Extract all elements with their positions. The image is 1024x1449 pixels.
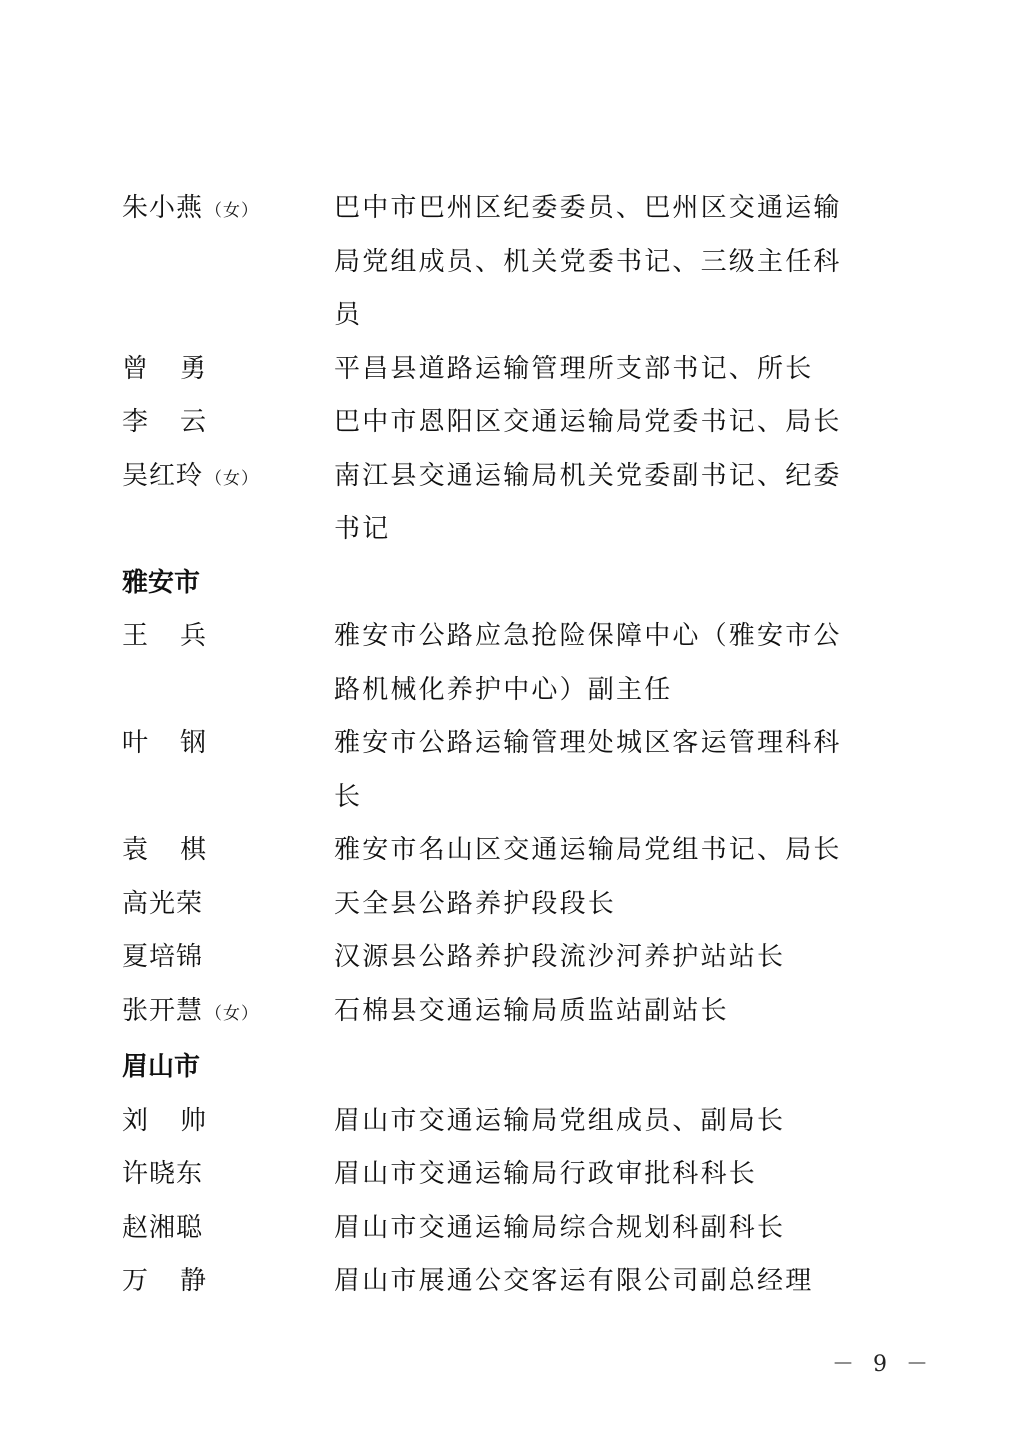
name-text: 张开慧 xyxy=(122,996,203,1026)
name-text: 静 xyxy=(180,1266,207,1296)
name-text: 勇 xyxy=(180,354,207,384)
name-text: 曾 xyxy=(122,354,149,384)
list-item: 夏培锦 汉源县公路养护段流沙河养护站站长 xyxy=(122,931,862,985)
name-text: 叶 xyxy=(122,728,149,758)
list-item: 李云 巴中市恩阳区交通运输局党委书记、局长 xyxy=(122,396,862,450)
person-title: 平昌县道路运输管理所支部书记、所长 xyxy=(334,343,862,397)
name-text: 王 xyxy=(122,621,149,651)
name-text: 棋 xyxy=(180,835,207,865)
list-item: 吴红玲（女） 南江县交通运输局机关党委副书记、纪委书记 xyxy=(122,450,862,557)
person-name: 曾勇 xyxy=(122,343,334,397)
document-page: 朱小燕（女） 巴中市巴州区纪委委员、巴州区交通运输局党组成员、机关党委书记、三级… xyxy=(0,0,1024,1449)
person-name: 吴红玲（女） xyxy=(122,450,334,507)
section-heading-meishan: 眉山市 xyxy=(122,1041,862,1095)
female-marker: （女） xyxy=(205,201,259,221)
person-name: 万静 xyxy=(122,1255,334,1309)
list-item: 曾勇 平昌县道路运输管理所支部书记、所长 xyxy=(122,343,862,397)
person-name: 刘帅 xyxy=(122,1095,334,1149)
name-text: 万 xyxy=(122,1266,149,1296)
list-item: 袁棋 雅安市名山区交通运输局党组书记、局长 xyxy=(122,824,862,878)
name-text: 刘 xyxy=(122,1106,149,1136)
person-title: 雅安市公路应急抢险保障中心（雅安市公路机械化养护中心）副主任 xyxy=(334,610,862,717)
list-item: 赵湘聪 眉山市交通运输局综合规划科副科长 xyxy=(122,1202,862,1256)
list-item: 张开慧（女） 石棉县交通运输局质监站副站长 xyxy=(122,985,862,1042)
list-item: 许晓东 眉山市交通运输局行政审批科科长 xyxy=(122,1148,862,1202)
person-title: 巴中市恩阳区交通运输局党委书记、局长 xyxy=(334,396,862,450)
person-name: 赵湘聪 xyxy=(122,1202,334,1256)
name-text: 李 xyxy=(122,407,149,437)
person-title: 天全县公路养护段段长 xyxy=(334,878,862,932)
list-item: 朱小燕（女） 巴中市巴州区纪委委员、巴州区交通运输局党组成员、机关党委书记、三级… xyxy=(122,182,862,343)
person-title: 雅安市公路运输管理处城区客运管理科科长 xyxy=(334,717,862,824)
name-text: 兵 xyxy=(180,621,207,651)
female-marker: （女） xyxy=(205,1004,259,1024)
honoree-list: 朱小燕（女） 巴中市巴州区纪委委员、巴州区交通运输局党组成员、机关党委书记、三级… xyxy=(122,182,862,1309)
person-title: 眉山市展通公交客运有限公司副总经理 xyxy=(334,1255,862,1309)
list-item: 王兵 雅安市公路应急抢险保障中心（雅安市公路机械化养护中心）副主任 xyxy=(122,610,862,717)
name-text: 云 xyxy=(180,407,207,437)
person-title: 石棉县交通运输局质监站副站长 xyxy=(334,985,862,1039)
name-text: 许晓东 xyxy=(122,1159,203,1189)
person-name: 叶钢 xyxy=(122,717,334,771)
person-name: 袁棋 xyxy=(122,824,334,878)
name-text: 帅 xyxy=(180,1106,207,1136)
person-title: 巴中市巴州区纪委委员、巴州区交通运输局党组成员、机关党委书记、三级主任科员 xyxy=(334,182,862,343)
list-item: 万静 眉山市展通公交客运有限公司副总经理 xyxy=(122,1255,862,1309)
person-title: 汉源县公路养护段流沙河养护站站长 xyxy=(334,931,862,985)
page-number: － 9 － xyxy=(832,1347,934,1378)
name-text: 夏培锦 xyxy=(122,942,203,972)
person-name: 朱小燕（女） xyxy=(122,182,334,239)
list-item: 刘帅 眉山市交通运输局党组成员、副局长 xyxy=(122,1095,862,1149)
female-marker: （女） xyxy=(205,469,259,489)
person-name: 夏培锦 xyxy=(122,931,334,985)
name-text: 赵湘聪 xyxy=(122,1213,203,1243)
name-text: 朱小燕 xyxy=(122,193,203,223)
person-name: 王兵 xyxy=(122,610,334,664)
list-item: 叶钢 雅安市公路运输管理处城区客运管理科科长 xyxy=(122,717,862,824)
person-name: 许晓东 xyxy=(122,1148,334,1202)
name-text: 袁 xyxy=(122,835,149,865)
name-text: 吴红玲 xyxy=(122,461,203,491)
section-heading-yaan: 雅安市 xyxy=(122,557,862,611)
name-text: 钢 xyxy=(180,728,207,758)
person-title: 南江县交通运输局机关党委副书记、纪委书记 xyxy=(334,450,862,557)
person-title: 雅安市名山区交通运输局党组书记、局长 xyxy=(334,824,862,878)
list-item: 高光荣 天全县公路养护段段长 xyxy=(122,878,862,932)
person-title: 眉山市交通运输局行政审批科科长 xyxy=(334,1148,862,1202)
person-title: 眉山市交通运输局党组成员、副局长 xyxy=(334,1095,862,1149)
person-name: 高光荣 xyxy=(122,878,334,932)
person-name: 李云 xyxy=(122,396,334,450)
person-title: 眉山市交通运输局综合规划科副科长 xyxy=(334,1202,862,1256)
name-text: 高光荣 xyxy=(122,889,203,919)
person-name: 张开慧（女） xyxy=(122,985,334,1042)
